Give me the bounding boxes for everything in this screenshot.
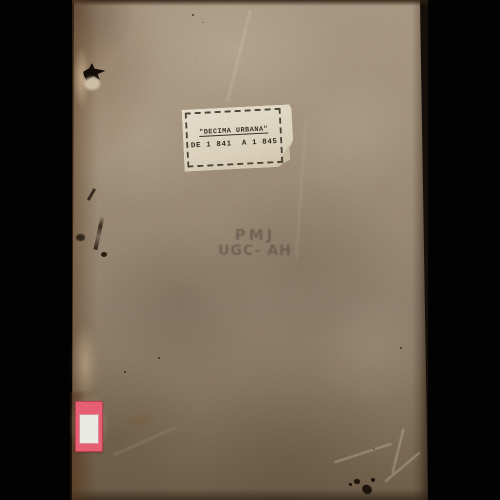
ink-blot bbox=[349, 483, 352, 486]
label-stitched-border: "DECIMA URBANA" DE 1 841 A 1 845 bbox=[185, 108, 284, 168]
ink-dot bbox=[101, 252, 107, 257]
cover-top-edge bbox=[72, 0, 428, 6]
watermark-line-2: UGC- AH bbox=[202, 243, 308, 259]
watermark-line-1: PMJ bbox=[202, 227, 308, 243]
hole-highlight bbox=[84, 77, 100, 90]
ink-speck bbox=[124, 371, 126, 373]
sticker-inner bbox=[79, 414, 99, 444]
ink-speck bbox=[158, 357, 160, 359]
ink-speck bbox=[400, 347, 402, 349]
ink-speck bbox=[192, 14, 194, 16]
cover-right-edge bbox=[412, 0, 428, 500]
label-date-range: DE 1 841 A 1 845 bbox=[191, 138, 278, 150]
archive-watermark: PMJ UGC- AH bbox=[202, 227, 308, 259]
photo-frame: PMJ UGC- AH "DECIMA URBANA" DE 1 841 A 1… bbox=[0, 0, 500, 500]
cover-bottom-edge bbox=[72, 489, 428, 500]
pink-sticker bbox=[75, 401, 103, 452]
ink-blot bbox=[354, 479, 360, 484]
label-title: "DECIMA URBANA" bbox=[199, 125, 268, 136]
ink-spot bbox=[76, 234, 85, 241]
ink-blot bbox=[371, 478, 375, 482]
ink-speck bbox=[203, 22, 204, 23]
typed-label: "DECIMA URBANA" DE 1 841 A 1 845 bbox=[182, 104, 295, 171]
